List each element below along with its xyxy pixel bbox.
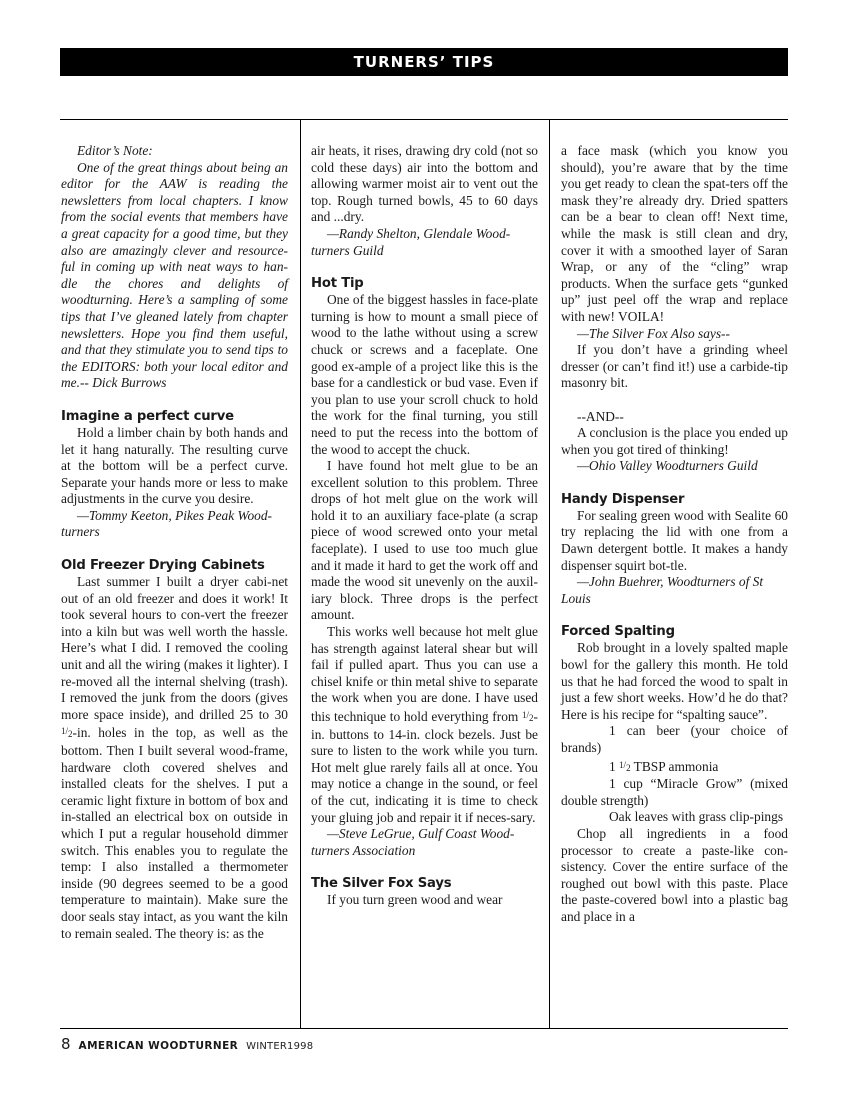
fraction: 1/2 bbox=[522, 710, 534, 720]
tip-paragraph: Rob brought in a lovely spalted maple bo… bbox=[561, 640, 788, 723]
section-title-bar: TURNERS’ TIPS bbox=[60, 48, 788, 76]
tip-title: Handy Dispenser bbox=[561, 491, 788, 508]
column-divider bbox=[549, 119, 550, 1028]
top-rule bbox=[60, 119, 788, 120]
tip-credit: —Randy Shelton, Glendale Wood-turners Gu… bbox=[311, 226, 538, 259]
fraction: 1/2 bbox=[619, 760, 631, 770]
tip-credit: —Steve LeGrue, Gulf Coast Wood-turners A… bbox=[311, 826, 538, 859]
recipe-item: Oak leaves with grass clip-pings bbox=[561, 809, 788, 826]
column-2: air heats, it rises, drawing dry cold (n… bbox=[311, 143, 538, 909]
tip-paragraph: A conclusion is the place you ended up w… bbox=[561, 425, 788, 458]
fraction: 1/2 bbox=[61, 726, 73, 736]
tip-paragraph: Hold a limber chain by both hands and le… bbox=[61, 425, 288, 508]
tip-title: Imagine a perfect curve bbox=[61, 408, 288, 425]
tip-paragraph: Last summer I built a dryer cabi-net out… bbox=[61, 574, 288, 942]
column-divider bbox=[300, 119, 301, 1028]
editors-note-label: Editor’s Note: bbox=[61, 143, 288, 160]
tip-paragraph: This works well because hot melt glue ha… bbox=[311, 624, 538, 826]
tip-title: Old Freezer Drying Cabinets bbox=[61, 557, 288, 574]
recipe-item: 1 1/2 TBSP ammonia bbox=[561, 757, 788, 777]
tip-title: The Silver Fox Says bbox=[311, 875, 538, 892]
issue-date: WINTER1998 bbox=[246, 1041, 313, 1052]
tip-paragraph: --AND-- bbox=[561, 409, 788, 426]
editors-note-body: One of the great things about being an e… bbox=[61, 160, 288, 392]
tip-paragraph: Chop all ingredients in a food processor… bbox=[561, 826, 788, 926]
recipe-item: 1 can beer (your choice of brands) bbox=[561, 723, 788, 756]
magazine-name: AMERICAN WOODTURNER bbox=[79, 1040, 239, 1052]
spacer bbox=[561, 392, 788, 409]
editors-note: Editor’s Note: One of the great things a… bbox=[61, 143, 288, 392]
bottom-rule bbox=[60, 1028, 788, 1029]
column-1: Editor’s Note: One of the great things a… bbox=[61, 143, 288, 942]
recipe-item: 1 cup “Miracle Grow” (mixed double stren… bbox=[561, 776, 788, 809]
tip-credit: —John Buehrer, Woodturners of St Louis bbox=[561, 574, 788, 607]
tip-paragraph-continued: a face mask (which you know you should),… bbox=[561, 143, 788, 326]
tip-paragraph: If you don’t have a grinding wheel dress… bbox=[561, 342, 788, 392]
tip-paragraph: I have found hot melt glue to be an exce… bbox=[311, 458, 538, 624]
tip-credit: —The Silver Fox Also says-- bbox=[561, 326, 788, 343]
tip-paragraph: For sealing green wood with Sealite 60 t… bbox=[561, 508, 788, 574]
column-3: a face mask (which you know you should),… bbox=[561, 143, 788, 926]
section-title: TURNERS’ TIPS bbox=[354, 53, 495, 71]
tip-title: Forced Spalting bbox=[561, 623, 788, 640]
tip-credit: —Ohio Valley Woodturners Guild bbox=[561, 458, 788, 475]
page-number: 8 bbox=[61, 1035, 71, 1053]
page-footer: 8 AMERICAN WOODTURNER WINTER1998 bbox=[61, 1035, 313, 1055]
tip-title: Hot Tip bbox=[311, 275, 538, 292]
tip-paragraph: If you turn green wood and wear bbox=[311, 892, 538, 909]
tip-paragraph: One of the biggest hassles in face-plate… bbox=[311, 292, 538, 458]
tip-credit: —Tommy Keeton, Pikes Peak Wood-turners bbox=[61, 508, 288, 541]
tip-paragraph-continued: air heats, it rises, drawing dry cold (n… bbox=[311, 143, 538, 226]
